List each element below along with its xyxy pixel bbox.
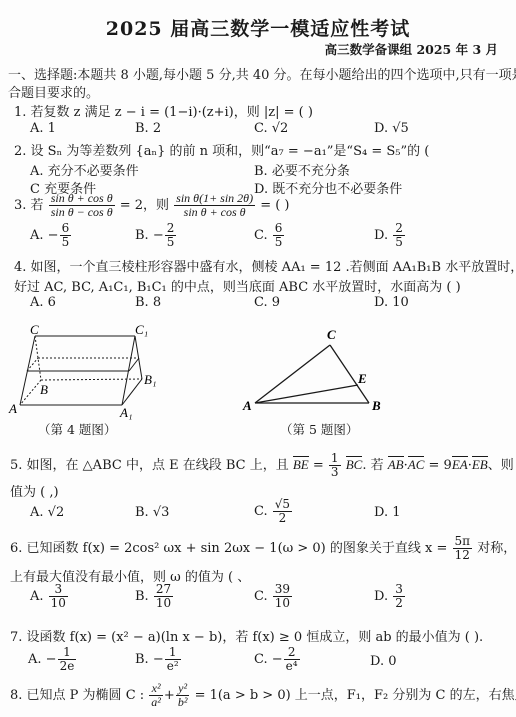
q3-option-d: D. 25 — [374, 222, 406, 249]
q2-option-b: B. 必要不充分条 — [254, 160, 350, 179]
question-number: 2. — [14, 144, 26, 159]
q6-option-a: A. 310 — [30, 583, 69, 610]
question-5-line2: 值为 ( ,) — [10, 481, 59, 500]
fraction: 5π12 — [453, 535, 473, 562]
q1-option-c: C. √2 — [254, 121, 288, 136]
question-number: 8. — [10, 688, 22, 703]
vector-eb: EB — [472, 456, 488, 472]
q7-option-a: A. −12e — [28, 646, 77, 673]
q1-option-d: D. √5 — [374, 121, 409, 136]
q5-option-a: A. √2 — [30, 505, 64, 520]
q5-option-b: B. √3 — [135, 505, 169, 520]
fraction: sin θ + cos θsin θ − cos θ — [49, 192, 115, 219]
fraction: sin θ(1+ sin 2θ)sin θ + cos θ — [174, 192, 255, 219]
question-text: 已知点 P 为椭圆 C : — [27, 688, 145, 703]
fraction: 13 — [329, 452, 341, 479]
section-instructions-line1: 一、选择题:本题共 8 小题,每小题 5 分,共 40 分。在每小题给出的四个选… — [8, 64, 516, 83]
fraction: y²b² — [176, 682, 190, 709]
q4-option-a: A. 6 — [30, 295, 56, 310]
section-instructions-line2: 合题目要求的。 — [8, 82, 99, 101]
vector-ea: EA — [452, 456, 468, 472]
q3-option-c: C. 65 — [254, 222, 285, 249]
question-7: 7. 设函数 f(x) = (x² − a)(ln x − b)，若 f(x) … — [10, 626, 483, 645]
question-number: 4. — [14, 260, 26, 275]
label-b1: B₁ — [144, 372, 156, 387]
q3-option-b: B. −25 — [135, 222, 177, 249]
q4-option-d: D. 10 — [374, 295, 409, 310]
vector-bc: BC — [346, 456, 363, 472]
question-text: 若 — [31, 198, 44, 213]
fraction: x²a² — [149, 682, 163, 709]
label-c: C — [327, 327, 336, 342]
question-text: 设函数 f(x) = (x² − a)(ln x − b)，若 f(x) ≥ 0… — [27, 630, 484, 645]
question-text: = 2，则 — [120, 198, 169, 213]
question-text: 若复数 z 满足 z − i = (1−i)·(z+i)，则 |z| = ( ) — [31, 105, 313, 120]
label-b: B — [371, 398, 381, 413]
figure-5-caption: （第 5 题图） — [280, 420, 358, 438]
exam-subtitle: 高三数学备课组 2025 年 3 月 — [325, 40, 498, 58]
label-a: A — [8, 401, 17, 416]
q7-option-d: D. 0 — [370, 654, 397, 669]
q7-option-c: C. −2e⁴ — [254, 646, 301, 673]
vector-be: BE — [293, 456, 309, 472]
q6-option-c: C. 3910 — [254, 583, 293, 610]
question-4-line2: 好过 AC, BC, A₁C₁, B₁C₁ 的中点，则当底面 ABC 水平放置时… — [14, 276, 461, 295]
q4-option-b: B. 8 — [135, 295, 161, 310]
figure-4-caption: （第 4 题图） — [38, 420, 116, 438]
q1-option-b: B. 2 — [135, 121, 161, 136]
q5-option-c: C. √52 — [254, 498, 293, 525]
label-e: E — [357, 371, 367, 386]
question-number: 3. — [14, 198, 26, 213]
q7-option-b: B. −1e² — [135, 646, 182, 673]
q1-option-a: A. 1 — [30, 121, 56, 136]
question-number: 6. — [10, 541, 22, 556]
label-c1: C₁ — [135, 322, 148, 337]
question-5: 5. 如图，在 △ABC 中，点 E 在线段 BC 上，且 BE = 13 BC… — [10, 452, 516, 479]
question-8: 8. 已知点 P 为椭圆 C : x²a²+y²b² = 1(a > b > 0… — [10, 682, 516, 709]
q4-option-c: C. 9 — [254, 295, 280, 310]
q6-option-d: D. 32 — [374, 583, 406, 610]
q2-option-a: A. 充分不必要条件 — [30, 160, 139, 179]
question-6: 6. 已知函数 f(x) = 2cos² ωx + sin 2ωx − 1(ω … — [10, 535, 516, 562]
question-text: = ( ) — [260, 198, 289, 213]
question-number: 1. — [14, 105, 26, 120]
label-b: B — [40, 382, 48, 397]
label-a1: A₁ — [119, 405, 132, 420]
label-c: C — [30, 322, 39, 337]
question-number: 5. — [10, 458, 22, 473]
question-2: 2. 设 Sₙ 为等差数列 {aₙ} 的前 n 项和，则“a₇ = −a₁”是“… — [14, 140, 429, 159]
q3-option-a: A. −65 — [30, 222, 72, 249]
vector-ab: AB — [388, 456, 404, 472]
q6-option-b: B. 2710 — [135, 583, 174, 610]
question-text: 设 Sₙ 为等差数列 {aₙ} 的前 n 项和，则“a₇ = −a₁”是“S₄ … — [31, 144, 430, 159]
exam-title: 2025 届高三数学一模适应性考试 — [0, 14, 516, 41]
question-text: 如图，在 △ABC 中，点 E 在线段 BC 上，且 — [27, 458, 289, 473]
label-a: A — [242, 398, 252, 413]
question-number: 7. — [10, 630, 22, 645]
question-text: 已知函数 f(x) = 2cos² ωx + sin 2ωx − 1(ω > 0… — [27, 541, 448, 556]
prism-diagram — [20, 336, 142, 405]
question-text: 如图，一个直三棱柱形容器中盛有水，侧棱 AA₁ = 12 .若侧面 AA₁B₁B… — [31, 260, 516, 275]
question-4: 4. 如图，一个直三棱柱形容器中盛有水，侧棱 AA₁ = 12 .若侧面 AA₁… — [14, 256, 516, 275]
question-3: 3. 若 sin θ + cos θsin θ − cos θ = 2，则 si… — [14, 192, 290, 219]
triangle-diagram — [255, 345, 369, 403]
vector-ac: AC — [408, 456, 425, 472]
question-1: 1. 若复数 z 满足 z − i = (1−i)·(z+i)，则 |z| = … — [14, 101, 313, 120]
q5-option-d: D. 1 — [374, 505, 401, 520]
